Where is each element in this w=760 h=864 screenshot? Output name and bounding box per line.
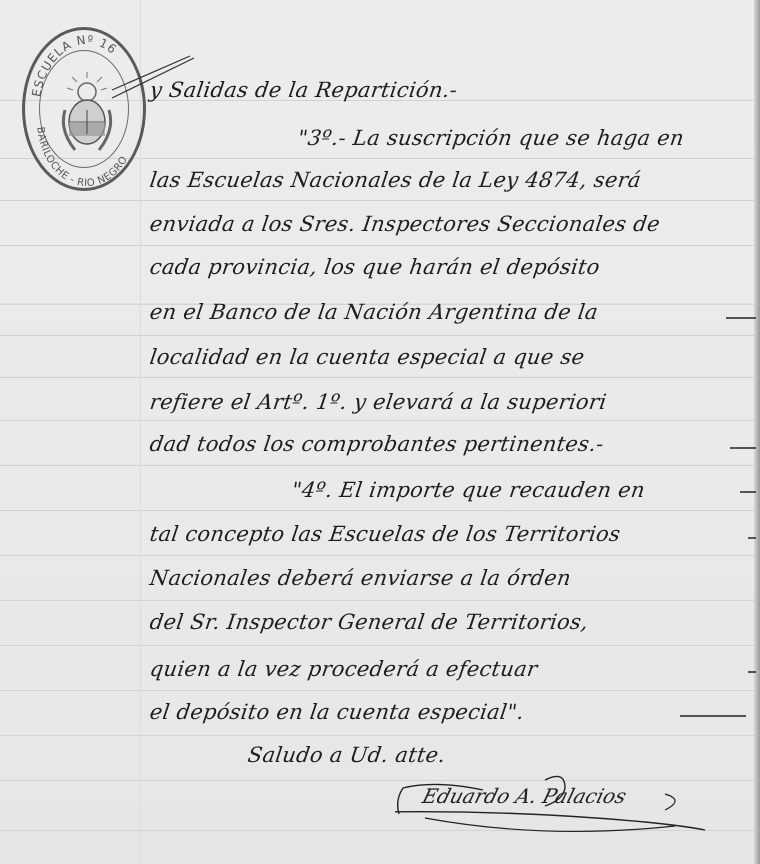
signature-name: Eduardo A. Palacios	[420, 784, 629, 808]
signature: Eduardo A. Palacios	[395, 770, 715, 840]
line-fill-dashes	[0, 0, 760, 864]
document-page: ESCUELA Nº 16 BARILOCHE - RIO NEGRO	[0, 0, 760, 864]
